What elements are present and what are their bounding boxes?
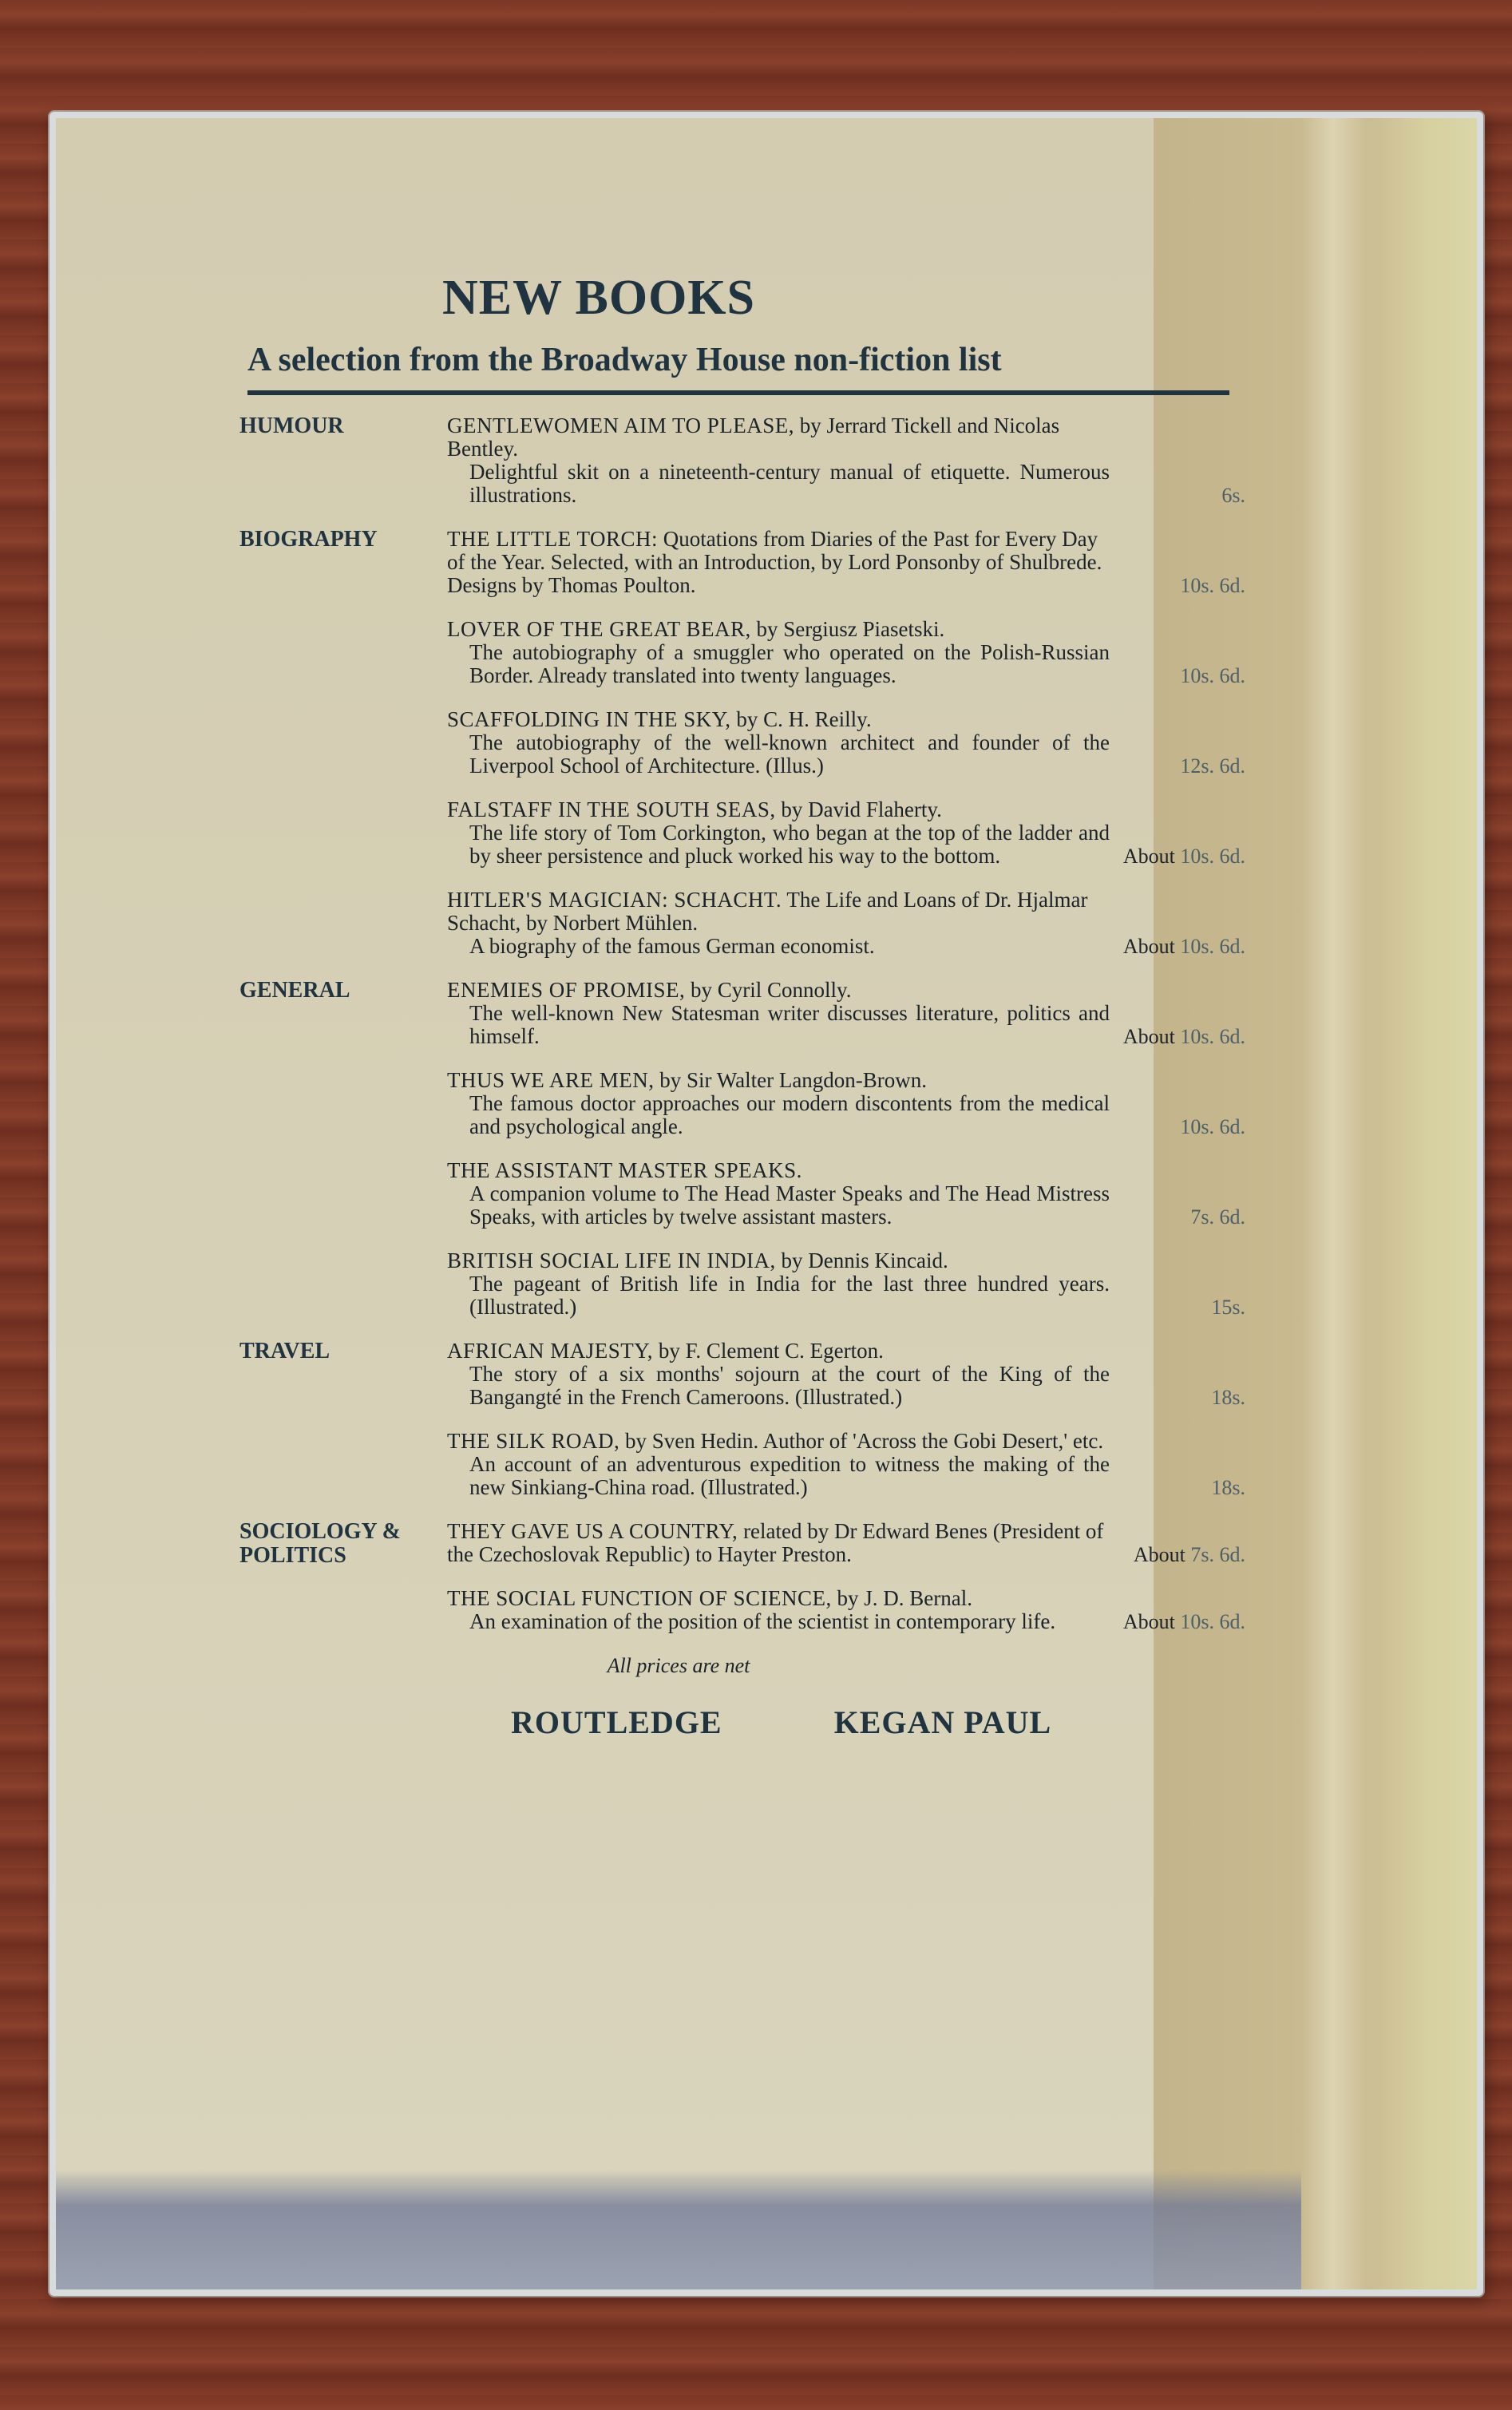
book-price: 7s. 6d. bbox=[1190, 1205, 1245, 1229]
book-title: GENTLEWOMEN AIM TO PLEASE, bbox=[447, 414, 794, 437]
price-amount: 7s. 6d. bbox=[1190, 1205, 1245, 1229]
book-heading: THE ASSISTANT MASTER SPEAKS. bbox=[447, 1159, 1110, 1182]
category-label: TRAVEL bbox=[239, 1340, 423, 1363]
price-prefix: About bbox=[1123, 1025, 1181, 1048]
book-description: An examination of the position of the sc… bbox=[447, 1610, 1110, 1633]
price-amount: 18s. bbox=[1211, 1386, 1245, 1409]
book-price: About 10s. 6d. bbox=[1123, 1025, 1245, 1048]
publishers: ROUTLEDGE KEGAN PAUL bbox=[511, 1704, 1301, 1741]
book-entry: ENEMIES OF PROMISE, by Cyril Connolly.Th… bbox=[447, 979, 1110, 1048]
book-description: The pageant of British life in India for… bbox=[447, 1272, 1110, 1319]
price-amount: 10s. 6d. bbox=[1180, 1025, 1245, 1048]
book-price: 10s. 6d. bbox=[1180, 1115, 1245, 1138]
book-price: About 10s. 6d. bbox=[1123, 935, 1245, 958]
book-byline: by Cyril Connolly. bbox=[685, 978, 851, 1002]
book-byline: by Sven Hedin. Author of 'Across the Gob… bbox=[619, 1429, 1103, 1453]
book-description: A companion volume to The Head Master Sp… bbox=[447, 1182, 1110, 1229]
book-heading: LOVER OF THE GREAT BEAR, by Sergiusz Pia… bbox=[447, 618, 1110, 641]
category-section: BIOGRAPHYTHE LITTLE TORCH: Quotations fr… bbox=[247, 528, 1301, 958]
book-title: HITLER'S MAGICIAN: SCHACHT. bbox=[447, 888, 782, 912]
price-prefix: About bbox=[1123, 1610, 1181, 1633]
book-entry: THE ASSISTANT MASTER SPEAKS.A companion … bbox=[447, 1159, 1110, 1229]
book-description: Delightful skit on a nineteenth-century … bbox=[447, 461, 1110, 507]
book-heading: HITLER'S MAGICIAN: SCHACHT. The Life and… bbox=[447, 888, 1110, 935]
book-list: NEW BOOKS A selection from the Broadway … bbox=[247, 270, 1301, 1741]
book-title: SCAFFOLDING IN THE SKY, bbox=[447, 707, 731, 731]
book-heading: GENTLEWOMEN AIM TO PLEASE, by Jerrard Ti… bbox=[447, 414, 1110, 461]
cellophane-wrinkle bbox=[1301, 118, 1365, 2289]
book-price: 18s. bbox=[1211, 1386, 1245, 1409]
book-title: THE SOCIAL FUNCTION OF SCIENCE, bbox=[447, 1586, 832, 1610]
book-title: BRITISH SOCIAL LIFE IN INDIA, bbox=[447, 1249, 776, 1272]
book-title: THEY GAVE US A COUNTRY, bbox=[447, 1519, 738, 1543]
book-byline: by Sir Walter Langdon-Brown. bbox=[655, 1068, 928, 1092]
book-heading: ENEMIES OF PROMISE, by Cyril Connolly. bbox=[447, 979, 1110, 1002]
book-description: The autobiography of the well-known arch… bbox=[447, 731, 1110, 778]
book-byline: by C. H. Reilly. bbox=[731, 707, 872, 731]
price-amount: 10s. 6d. bbox=[1180, 574, 1245, 597]
book-entry: BRITISH SOCIAL LIFE IN INDIA, by Dennis … bbox=[447, 1249, 1110, 1319]
book-byline: by Dennis Kincaid. bbox=[776, 1249, 948, 1272]
page-subtitle: A selection from the Broadway House non-… bbox=[247, 341, 1301, 379]
book-byline: by David Flaherty. bbox=[776, 797, 942, 821]
book-title: THE SILK ROAD, bbox=[447, 1429, 619, 1453]
price-prefix: About bbox=[1134, 1543, 1191, 1566]
book-byline: by Sergiusz Piasetski. bbox=[751, 617, 945, 641]
book-heading: AFRICAN MAJESTY, by F. Clement C. Egerto… bbox=[447, 1340, 1110, 1363]
category-label: GENERAL bbox=[239, 979, 423, 1003]
book-entry: FALSTAFF IN THE SOUTH SEAS, by David Fla… bbox=[447, 798, 1110, 868]
book-price: 15s. bbox=[1211, 1296, 1245, 1319]
book-entry: THE LITTLE TORCH: Quotations from Diarie… bbox=[447, 528, 1110, 597]
book-entry: SCAFFOLDING IN THE SKY, by C. H. Reilly.… bbox=[447, 708, 1110, 778]
book-price: About 10s. 6d. bbox=[1123, 1610, 1245, 1633]
sections-container: HUMOURGENTLEWOMEN AIM TO PLEASE, by Jerr… bbox=[247, 414, 1301, 1633]
book-price: About 10s. 6d. bbox=[1123, 845, 1245, 868]
price-amount: 6s. bbox=[1221, 484, 1245, 507]
book-description: The autobiography of a smuggler who oper… bbox=[447, 641, 1110, 687]
price-prefix: About bbox=[1123, 845, 1181, 868]
book-jacket: NEW BOOKS A selection from the Broadway … bbox=[49, 112, 1483, 2296]
category-section: TRAVELAFRICAN MAJESTY, by F. Clement C. … bbox=[247, 1340, 1301, 1499]
book-entry: THEY GAVE US A COUNTRY, related by Dr Ed… bbox=[447, 1520, 1110, 1566]
book-description: The story of a six months' sojourn at th… bbox=[447, 1363, 1110, 1409]
divider bbox=[247, 390, 1229, 395]
publisher-kegan-paul: KEGAN PAUL bbox=[834, 1704, 1052, 1741]
price-amount: 10s. 6d. bbox=[1180, 664, 1245, 687]
book-description: The life story of Tom Corkington, who be… bbox=[447, 821, 1110, 868]
category-label: HUMOUR bbox=[239, 414, 423, 438]
book-heading: THE SOCIAL FUNCTION OF SCIENCE, by J. D.… bbox=[447, 1587, 1110, 1610]
book-price: 10s. 6d. bbox=[1180, 574, 1245, 597]
category-section: HUMOURGENTLEWOMEN AIM TO PLEASE, by Jerr… bbox=[247, 414, 1301, 507]
book-description: The famous doctor approaches our modern … bbox=[447, 1092, 1110, 1138]
book-entry: LOVER OF THE GREAT BEAR, by Sergiusz Pia… bbox=[447, 618, 1110, 687]
book-heading: FALSTAFF IN THE SOUTH SEAS, by David Fla… bbox=[447, 798, 1110, 821]
category-section: GENERALENEMIES OF PROMISE, by Cyril Conn… bbox=[247, 979, 1301, 1319]
bottom-edge-stain bbox=[56, 2170, 1301, 2289]
book-price: 10s. 6d. bbox=[1180, 664, 1245, 687]
price-prefix: About bbox=[1123, 935, 1181, 958]
book-entry: THE SOCIAL FUNCTION OF SCIENCE, by J. D.… bbox=[447, 1587, 1110, 1633]
book-price: 6s. bbox=[1221, 484, 1245, 507]
book-entry: AFRICAN MAJESTY, by F. Clement C. Egerto… bbox=[447, 1340, 1110, 1409]
book-entry: THE SILK ROAD, by Sven Hedin. Author of … bbox=[447, 1430, 1110, 1499]
price-amount: 18s. bbox=[1211, 1476, 1245, 1499]
price-amount: 10s. 6d. bbox=[1180, 935, 1245, 958]
book-title: FALSTAFF IN THE SOUTH SEAS, bbox=[447, 797, 776, 821]
publisher-routledge: ROUTLEDGE bbox=[511, 1704, 722, 1741]
book-description: An account of an adventurous expedition … bbox=[447, 1453, 1110, 1499]
page-title: NEW BOOKS bbox=[247, 270, 950, 326]
book-title: THE ASSISTANT MASTER SPEAKS. bbox=[447, 1158, 802, 1182]
book-price: About 7s. 6d. bbox=[1134, 1543, 1245, 1566]
price-amount: 7s. 6d. bbox=[1190, 1543, 1245, 1566]
price-amount: 10s. 6d. bbox=[1180, 845, 1245, 868]
book-heading: THE LITTLE TORCH: Quotations from Diarie… bbox=[447, 528, 1110, 597]
price-amount: 12s. 6d. bbox=[1180, 754, 1245, 778]
prices-note: All prices are net bbox=[247, 1654, 1110, 1678]
book-byline: by F. Clement C. Egerton. bbox=[653, 1339, 884, 1363]
category-section: SOCIOLOGY & POLITICSTHEY GAVE US A COUNT… bbox=[247, 1520, 1301, 1633]
price-amount: 15s. bbox=[1211, 1296, 1245, 1319]
book-entry: HITLER'S MAGICIAN: SCHACHT. The Life and… bbox=[447, 888, 1110, 958]
book-title: THUS WE ARE MEN, bbox=[447, 1068, 655, 1092]
book-heading: SCAFFOLDING IN THE SKY, by C. H. Reilly. bbox=[447, 708, 1110, 731]
book-title: THE LITTLE TORCH: bbox=[447, 527, 658, 551]
book-entry: THUS WE ARE MEN, by Sir Walter Langdon-B… bbox=[447, 1069, 1110, 1138]
book-byline: by J. D. Bernal. bbox=[832, 1586, 972, 1610]
category-label: SOCIOLOGY & POLITICS bbox=[239, 1520, 423, 1568]
book-entry: GENTLEWOMEN AIM TO PLEASE, by Jerrard Ti… bbox=[447, 414, 1110, 507]
book-heading: THEY GAVE US A COUNTRY, related by Dr Ed… bbox=[447, 1520, 1110, 1566]
category-label: BIOGRAPHY bbox=[239, 528, 423, 552]
book-heading: THE SILK ROAD, by Sven Hedin. Author of … bbox=[447, 1430, 1110, 1453]
price-amount: 10s. 6d. bbox=[1180, 1115, 1245, 1138]
book-title: AFRICAN MAJESTY, bbox=[447, 1339, 653, 1363]
price-amount: 10s. 6d. bbox=[1180, 1610, 1245, 1633]
book-price: 12s. 6d. bbox=[1180, 754, 1245, 778]
book-heading: BRITISH SOCIAL LIFE IN INDIA, by Dennis … bbox=[447, 1249, 1110, 1272]
book-description: The well-known New Statesman writer disc… bbox=[447, 1002, 1110, 1048]
book-title: ENEMIES OF PROMISE, bbox=[447, 978, 685, 1002]
book-price: 18s. bbox=[1211, 1476, 1245, 1499]
book-heading: THUS WE ARE MEN, by Sir Walter Langdon-B… bbox=[447, 1069, 1110, 1092]
book-description: A biography of the famous German economi… bbox=[447, 935, 1110, 958]
book-title: LOVER OF THE GREAT BEAR, bbox=[447, 617, 751, 641]
